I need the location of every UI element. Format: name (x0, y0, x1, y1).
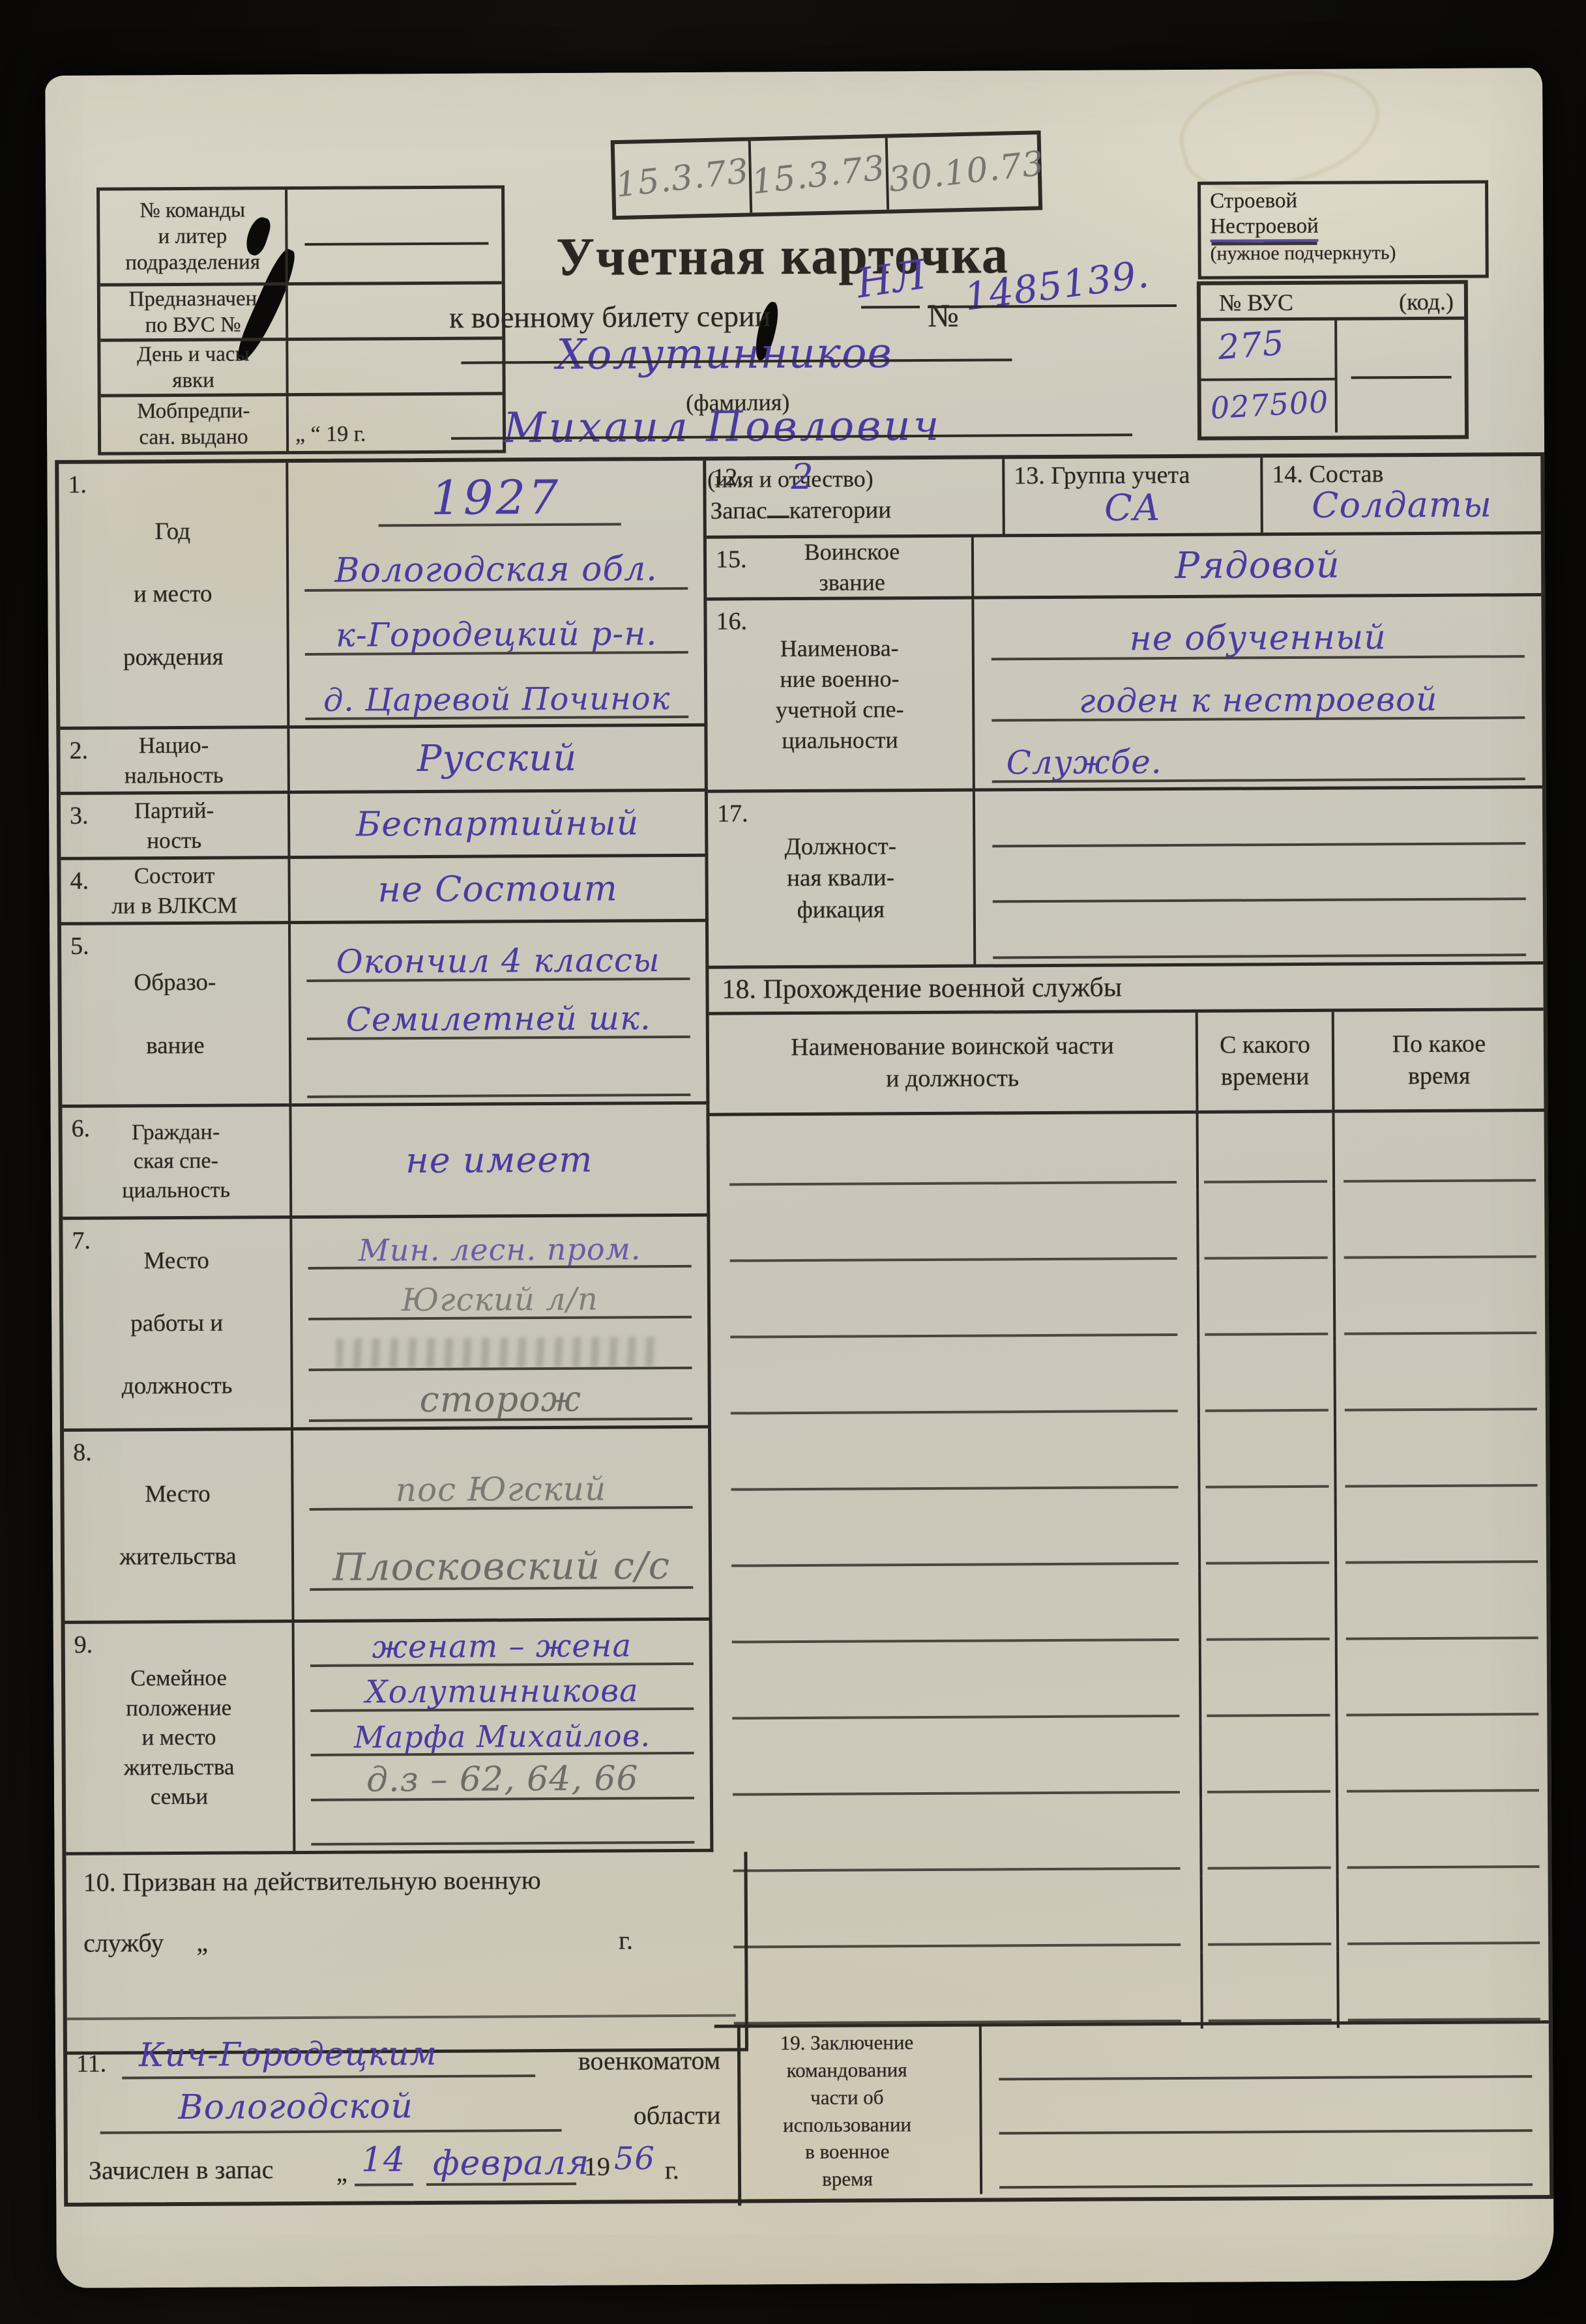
section-number: 4. (70, 865, 89, 898)
service-table-header: Наименование воинской части и должность … (709, 1008, 1544, 1116)
registration-card: 15.3.73 15.3.73 30.10.73 № команды и лит… (45, 68, 1554, 2288)
commissariat-row: Кич-Городецким военкоматом (80, 2033, 724, 2093)
service-table-row (710, 1112, 1545, 1193)
nationality-label: 2. Нацио- нальность (60, 729, 289, 792)
vus-code-label: (код.) (1399, 288, 1454, 315)
stamp-cell: 15.3.73 (751, 138, 889, 213)
blank-line (1351, 376, 1452, 379)
header-row: № команды и литер подразделения (100, 188, 502, 286)
service-table-row (713, 1798, 1548, 1879)
specialty-line1: не обученный (986, 617, 1530, 659)
handwritten-line: годен к нестроевой (986, 660, 1530, 724)
service-table-row (712, 1569, 1547, 1650)
label-text: Граждан- ская спе- циальность (122, 1118, 230, 1205)
subtitle: к военному билету серии (449, 298, 771, 335)
commissariat-handwritten: Кич-Городецким (139, 2035, 437, 2074)
work-line1: Мин. лесн. пром. (304, 1231, 695, 1268)
header-row: День и часы явки (100, 340, 502, 397)
unit-column-header: Наименование воинской части и должность (709, 1013, 1199, 1113)
section-number: 7. (72, 1225, 91, 1258)
section-19-conclusion: 19. Заключение командования части об исп… (714, 2024, 1549, 2196)
service-table-row (712, 1646, 1548, 1726)
oblast-row: Вологодской области (80, 2089, 724, 2149)
work-line2: Югский л/п (304, 1281, 696, 1319)
year-handwritten: 56 (614, 2140, 655, 2177)
handwritten-line: д.з – 62, 64, 66 (307, 1757, 698, 1804)
party-value: Беспартийный (290, 792, 705, 856)
handwritten-line: Плосковский с/с (306, 1511, 698, 1593)
label-text: Воинское звание (778, 536, 900, 598)
specialty-label: 16. Наименова- ние военно- учетной спе- … (707, 600, 975, 790)
main-table: 1. Год и место рождения 1927 Вологодская… (55, 452, 1553, 2207)
label-text: Партий- ность (134, 796, 214, 856)
family-line1: женат – жена (306, 1627, 698, 1666)
conclusion-label: 19. Заключение командования части об исп… (714, 2027, 982, 2196)
section-6-civil-specialty: 6. Граждан- ская спе- циальность не имее… (62, 1105, 710, 1220)
residence-line1: пос Югский (305, 1470, 696, 1509)
vus-value-handwritten: 275 (1216, 324, 1285, 368)
birth-label: 1. Год и место рождения (59, 463, 289, 727)
handwritten-line: не обученный (986, 599, 1529, 663)
section-2-nationality: 2. Нацио- нальность Русский (60, 727, 708, 795)
label-text: Место работы и должность (121, 1245, 233, 1402)
combatant-box: Строевой Нестроевой (нужное подчеркнуть) (1197, 180, 1489, 279)
section-5-education: 5. Образо- вание Окончил 4 классы Семиле… (61, 922, 709, 1108)
section-4-komsomol: 4. Состоит ли в ВЛКСМ не Состоит (61, 857, 709, 925)
specialty-line2: годен к нестроевой (986, 680, 1530, 720)
handwritten-line: к-Городецкий р-н. (301, 592, 692, 658)
blank-ruled-line (307, 1801, 698, 1848)
stamp-date: 15.3.73 (750, 149, 888, 202)
section-number: 8. (73, 1437, 92, 1470)
label-text: Нацио- нальность (124, 731, 223, 791)
conclusion-value (982, 2024, 1549, 2194)
reserve-category-cell: 12. 2 Запаскатегории (706, 459, 1005, 535)
work-label: 7. Место работы и должность (63, 1219, 293, 1429)
section-10-drafted: 10. Призван на действительную военную сл… (66, 1852, 748, 2054)
blank-line (305, 242, 489, 246)
label-text: Место жительства (119, 1478, 237, 1573)
section-number: 16. (716, 605, 747, 638)
blank-ruled-line (988, 903, 1531, 961)
header-row: Предназначен по ВУС № (100, 284, 502, 341)
non-combatant-option: Нестроевой (1210, 214, 1319, 242)
label-text: Семейное положение и место жительства се… (123, 1663, 235, 1812)
report-time-value (288, 340, 502, 393)
vus-grid: 275 027500 (1201, 320, 1465, 433)
section-number: 5. (70, 931, 89, 963)
birth-region: Вологодская обл. (301, 549, 692, 590)
specialty-value: не обученный годен к нестроевой Службе. (974, 596, 1542, 789)
handwritten-line: сторож (305, 1372, 696, 1425)
section-number: 9. (74, 1629, 93, 1662)
handwritten-line: Семилетней шк. (302, 983, 694, 1043)
month-handwritten: февраля (433, 2143, 590, 2183)
handwritten-line: женат – жена (306, 1623, 698, 1670)
section-number: 2. (69, 735, 88, 768)
label-text: категории (789, 497, 892, 524)
report-time-label: День и часы явки (100, 341, 288, 394)
name-handwritten: Михаил Повлович (503, 402, 942, 453)
record-group-label: 13. Группа учета (1005, 458, 1260, 490)
smudged-line (304, 1321, 696, 1374)
stamp-date: 30.10.73 (887, 144, 1046, 200)
section-number: 6. (71, 1113, 90, 1146)
section-3-party: 3. Партий- ность Беспартийный (61, 792, 709, 860)
komsomol-handwritten: не Состоит (377, 867, 618, 910)
blank-ruled-line (303, 1041, 694, 1101)
blank-ruled-line (987, 791, 1531, 850)
command-number-value (287, 188, 502, 282)
handwritten-line: Холутинникова (306, 1668, 698, 1715)
header-row: Мобпредпи- сан. выдано „ “ 19 г. (101, 395, 503, 452)
oblast-printed: области (634, 2100, 721, 2131)
composition-cell: 14. Состав Солдаты (1263, 456, 1541, 532)
service-table-row (711, 1264, 1546, 1345)
family-line2: Холутинникова (306, 1672, 698, 1711)
komsomol-value: не Состоит (290, 857, 705, 921)
family-label: 9. Семейное положение и место жительства… (65, 1623, 296, 1852)
record-group-handwritten: СА (1005, 486, 1260, 530)
service-table-row (711, 1341, 1546, 1421)
rank-label: 15. Воинское звание (707, 538, 974, 598)
handwritten-line: пос Югский (305, 1431, 697, 1513)
vus-number-label: № ВУС (1219, 289, 1293, 317)
specialty-line3: Службе. (987, 741, 1531, 781)
vus-box-header: № ВУС (код.) (1201, 284, 1464, 321)
year-suffix: г. (665, 2155, 679, 2185)
erased-pencil-smudge (336, 1337, 656, 1369)
civil-specialty-value: не имеет (291, 1105, 707, 1215)
blank-ruled-line (987, 847, 1531, 906)
series-handwritten: НЛ (853, 250, 930, 308)
label-text: Наименова- ние военно- учетной спе- циал… (775, 633, 904, 756)
section-number: 3. (70, 800, 89, 833)
party-handwritten: Беспартийный (356, 804, 639, 844)
qualification-label: 17. Должност- ная квали- фикация (708, 792, 976, 966)
blank-line (122, 2074, 535, 2079)
section-12-13-14: 12. 2 Запаскатегории 13. Группа учета СА… (706, 456, 1541, 539)
section-1-birth: 1. Год и место рождения 1927 Вологодская… (59, 461, 707, 730)
birth-value: 1927 Вологодская обл. к-Городецкий р-н. … (288, 461, 704, 725)
nationality-handwritten: Русский (417, 737, 578, 780)
section-11-reserve: 11. Кич-Городецким военкоматом Вологодск… (67, 2027, 741, 2209)
quote-mark: „ (336, 2159, 347, 2188)
birth-year: 1927 (300, 469, 691, 526)
left-header-table: № команды и литер подразделения Предназн… (96, 185, 506, 455)
service-table-row (714, 1874, 1549, 1955)
handwritten-line: Службе. (986, 721, 1530, 785)
service-table-row (710, 1188, 1545, 1269)
section-9-family: 9. Семейное положение и место жительства… (65, 1621, 714, 1855)
blank-line (100, 2129, 562, 2134)
section-number: 17. (717, 798, 748, 830)
blank-ruled-line (67, 2014, 736, 2020)
quote-mark: „ (196, 1928, 208, 1957)
blank-ruled-line (993, 2080, 1537, 2137)
drafted-text2: службу (83, 1928, 164, 1958)
family-line3: Марфа Михайлов. (306, 1718, 698, 1755)
scan-background: 15.3.73 15.3.73 30.10.73 № команды и лит… (0, 0, 1586, 2324)
family-line4: д.з – 62, 64, 66 (307, 1758, 698, 1799)
birth-village: д. Царевой Починок (301, 680, 692, 719)
residence-value: пос Югский Плосковский с/с (293, 1429, 709, 1620)
enlisted-printed: Зачислен в запас (89, 2154, 274, 2185)
handwritten-line: 1927 (300, 463, 692, 530)
section-8-residence: 8. Место жительства пос Югский Плосковск… (64, 1429, 712, 1624)
section-number: 12. (712, 463, 744, 491)
stamp-date: 15.3.73 (613, 152, 751, 205)
handwritten-line: Окончил 4 классы (302, 925, 694, 985)
education-line2: Семилетней шк. (303, 999, 694, 1039)
handwritten-line: Мин. лесн. пром. (304, 1219, 695, 1272)
label-text: Состоит ли в ВЛКСМ (111, 861, 237, 921)
year-printed: 19 (584, 2151, 610, 2182)
education-line1: Окончил 4 классы (302, 941, 694, 981)
drafted-text2-row: службу „ г. (83, 1925, 727, 1958)
handwritten-line: Вологодская обл. (301, 528, 692, 594)
section-17-qualification: 17. Должност- ная квали- фикация (708, 789, 1543, 969)
blank-line (355, 2183, 413, 2186)
rank-value: Рядовой (974, 534, 1541, 596)
handwritten-line: Югский л/п (304, 1270, 696, 1323)
mob-order-value: „ “ 19 г. (289, 395, 503, 451)
series-blank-line (861, 306, 920, 308)
vus-purpose-label: Предназначен по ВУС № (100, 285, 288, 339)
stamp-cell: 15.3.73 (615, 141, 753, 216)
page-title: Учетная карточка (548, 224, 1017, 288)
label-text: Должност- ная квали- фикация (785, 832, 897, 926)
blank-ruled-line (994, 2134, 1538, 2191)
komsomol-label: 4. Состоит ли в ВЛКСМ (61, 859, 290, 922)
oblast-handwritten: Вологодской (178, 2087, 413, 2127)
vus-number-box: № ВУС (код.) 275 027500 (1197, 280, 1469, 441)
residence-line2: Плосковский с/с (306, 1543, 697, 1590)
education-value: Окончил 4 классы Семилетней шк. (291, 922, 706, 1103)
blank-ruled-line (993, 2026, 1537, 2083)
service-table-row (711, 1417, 1546, 1498)
mob-order-label: Мобпредпи- сан. выдано (101, 396, 289, 452)
stamp-cell: 30.10.73 (888, 134, 1046, 209)
service-table-body (710, 1112, 1549, 2031)
service-title: 18. Прохождение военной службы (709, 965, 1543, 1012)
combatant-option: Строевой (1210, 188, 1476, 214)
residence-label: 8. Место жительства (64, 1431, 295, 1621)
rank-handwritten: Рядовой (1175, 544, 1340, 587)
birth-district: к-Городецкий р-н. (301, 615, 692, 654)
date-stamp-box: 15.3.73 15.3.73 30.10.73 (611, 130, 1043, 220)
nationality-value: Русский (289, 727, 704, 791)
party-label: 3. Партий- ность (61, 794, 290, 857)
civil-specialty-handwritten: не имеет (405, 1139, 593, 1182)
blank-line (426, 2183, 576, 2186)
underline-needed-caption: (нужное подчеркнуть) (1210, 240, 1476, 265)
work-line4: сторож (305, 1378, 696, 1421)
work-value: Мин. лесн. пром. Югский л/п сторож (292, 1217, 708, 1427)
number-sign: № (928, 297, 959, 334)
surname-handwritten: Холутинников (556, 329, 892, 379)
record-group-cell: 13. Группа учета СА (1005, 458, 1263, 534)
label-text: Запас (711, 497, 767, 524)
composition-handwritten: Солдаты (1263, 484, 1540, 526)
service-table-row (712, 1493, 1547, 1574)
to-column-header: По какое время (1334, 1011, 1544, 1110)
day-handwritten: 14 (361, 2140, 405, 2179)
section-number: 15. (716, 544, 747, 576)
year-suffix: г. (619, 1925, 633, 1954)
divider (1334, 321, 1338, 433)
civil-specialty-label: 6. Граждан- ская спе- циальность (62, 1107, 292, 1217)
category-label: Запаскатегории (711, 496, 892, 525)
handwritten-line: д. Царевой Починок (301, 656, 693, 723)
label-text: Год и место рождения (123, 516, 224, 673)
section-7-work: 7. Место работы и должность Мин. лесн. п… (63, 1217, 711, 1432)
category-handwritten: 2 (791, 456, 814, 497)
qualification-value (975, 789, 1543, 965)
vus-code-handwritten: 027500 (1209, 384, 1329, 426)
handwritten-line: Марфа Михайлов. (306, 1713, 698, 1760)
education-label: 5. Образо- вание (61, 924, 291, 1105)
command-number-label: № команды и литер подразделения (100, 190, 288, 283)
enlisted-row: Зачислен в запас „ 14 февраля 19 56 г. (81, 2145, 725, 2194)
section-15-rank: 15. Воинское звание Рядовой (707, 534, 1541, 601)
section-18-service: 18. Прохождение военной службы Наименова… (709, 965, 1548, 2028)
section-number: 1. (68, 469, 87, 502)
commissariat-printed: военкоматом (578, 2045, 720, 2076)
service-table-row (712, 1722, 1548, 1803)
from-column-header: С какого времени (1198, 1012, 1335, 1111)
service-table-row (714, 1951, 1549, 2031)
family-value: женат – жена Холутинникова Марфа Михайло… (295, 1621, 711, 1851)
label-text: Образо- вание (134, 967, 216, 1062)
divider (1201, 378, 1335, 381)
drafted-text1: 10. Призван на действительную военную (83, 1864, 727, 1898)
section-16-specialty: 16. Наименова- ние военно- учетной спе- … (707, 596, 1542, 793)
